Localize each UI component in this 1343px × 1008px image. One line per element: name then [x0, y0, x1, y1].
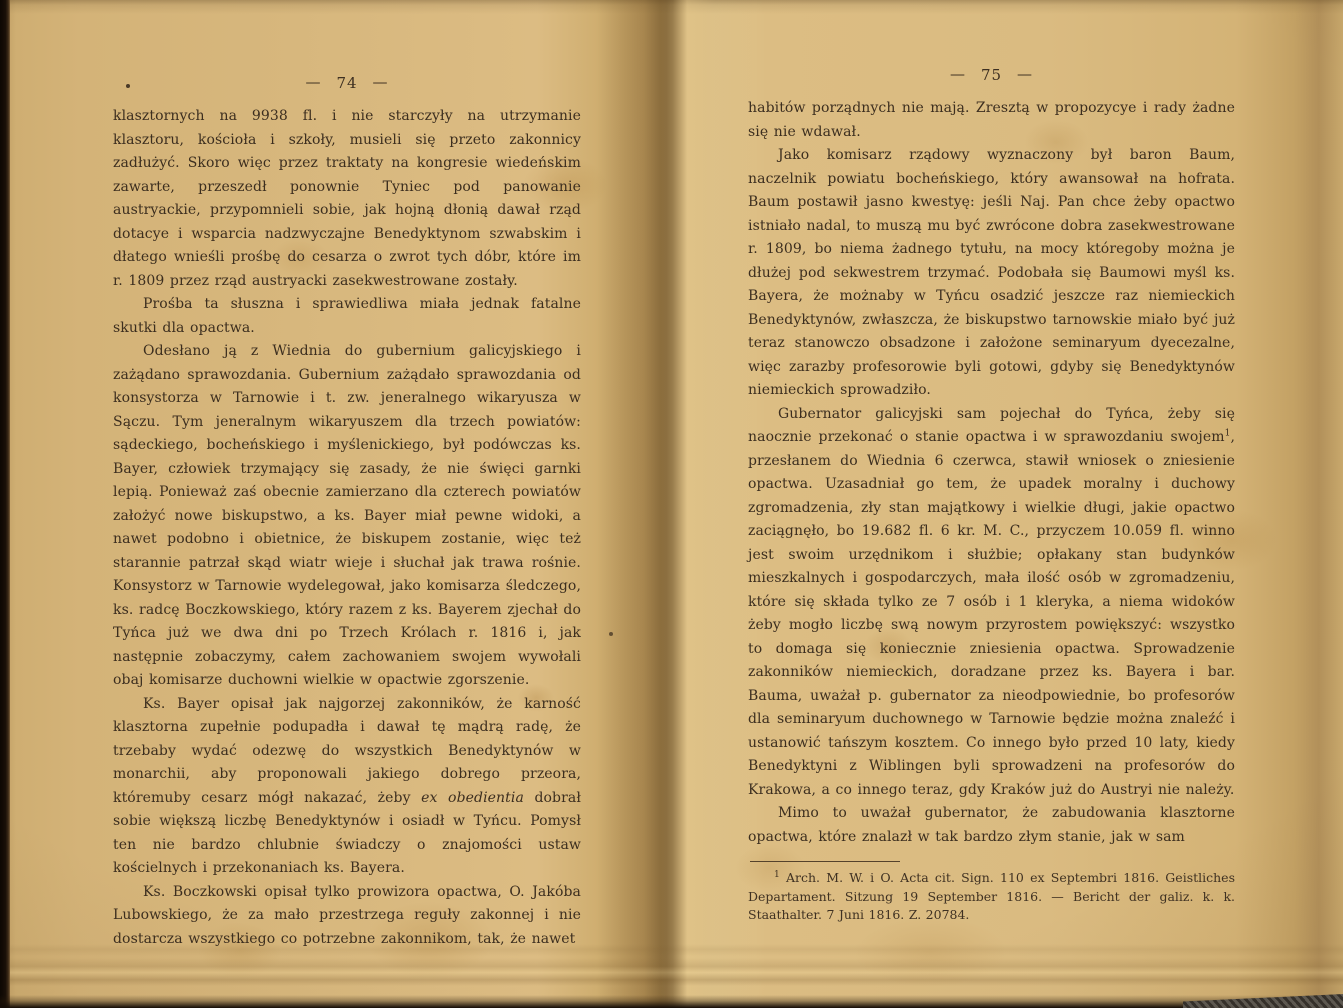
paragraph: Mimo to uważał gubernator, że zabudowani… [748, 802, 1235, 849]
header-dash: — [950, 65, 966, 83]
page-text-right: habitów porządnych nie mają. Zresztą w p… [748, 97, 1235, 849]
page-number: 74 [336, 74, 357, 92]
book-edge-bottom [0, 995, 1343, 1008]
page-header-left: —74— [113, 74, 581, 92]
text-run: Odesłano ją z Wiednia do gubernium galic… [113, 343, 581, 688]
text-run: Gubernator galicyjski sam pojechał do Ty… [748, 406, 1235, 446]
text-run: habitów porządnych nie mają. Zresztą w p… [748, 100, 1235, 140]
footnote-rule [750, 861, 900, 862]
header-dash: — [373, 73, 389, 91]
paragraph: Ks. Bayer opisał jak najgorzej zakonnikó… [113, 693, 581, 881]
paragraph: Jako komisarz rządowy wyznaczony był bar… [748, 144, 1235, 403]
footnote-text: Arch. M. W. i O. Acta cit. Sign. 110 ex … [748, 870, 1235, 922]
text-run: Mimo to uważał gubernator, że zabudowani… [748, 805, 1235, 845]
paragraph: Gubernator galicyjski sam pojechał do Ty… [748, 403, 1235, 803]
latin-phrase: ex obedientia [421, 790, 524, 806]
page-left: —74— klasztornych na 9938 fl. i nie star… [113, 74, 581, 951]
page-right: —75— habitów porządnych nie mają. Zreszt… [748, 66, 1235, 925]
page-number: 75 [981, 66, 1002, 84]
header-dash: — [1017, 65, 1033, 83]
text-run: Jako komisarz rządowy wyznaczony był bar… [748, 147, 1235, 398]
page-header-right: —75— [748, 66, 1235, 84]
book-spread: —74— klasztornych na 9938 fl. i nie star… [0, 0, 1343, 1008]
text-run: klasztornych na 9938 fl. i nie starczyły… [113, 108, 581, 289]
text-run: Ks. Boczkowski opisał tylko prowizora op… [113, 884, 581, 947]
paragraph: klasztornych na 9938 fl. i nie starczyły… [113, 105, 581, 293]
ink-speck [609, 632, 613, 636]
paper-crease [8, 958, 1343, 986]
footnote: 1 Arch. M. W. i O. Acta cit. Sign. 110 e… [748, 869, 1235, 925]
book-edge-left [0, 0, 10, 1008]
paragraph: Prośba ta słuszna i sprawiedliwa miała j… [113, 293, 581, 340]
paragraph: Odesłano ją z Wiednia do gubernium galic… [113, 340, 581, 693]
text-run: Prośba ta słuszna i sprawiedliwa miała j… [113, 296, 581, 336]
page-gutter-shadow [596, 0, 756, 1008]
paragraph: habitów porządnych nie mają. Zresztą w p… [748, 97, 1235, 144]
paragraph: Ks. Boczkowski opisał tylko prowizora op… [113, 881, 581, 952]
header-dash: — [305, 73, 321, 91]
text-run: , przesłanem do Wiednia 6 czerwca, stawi… [748, 429, 1235, 798]
page-text-left: klasztornych na 9938 fl. i nie starczyły… [113, 105, 581, 951]
